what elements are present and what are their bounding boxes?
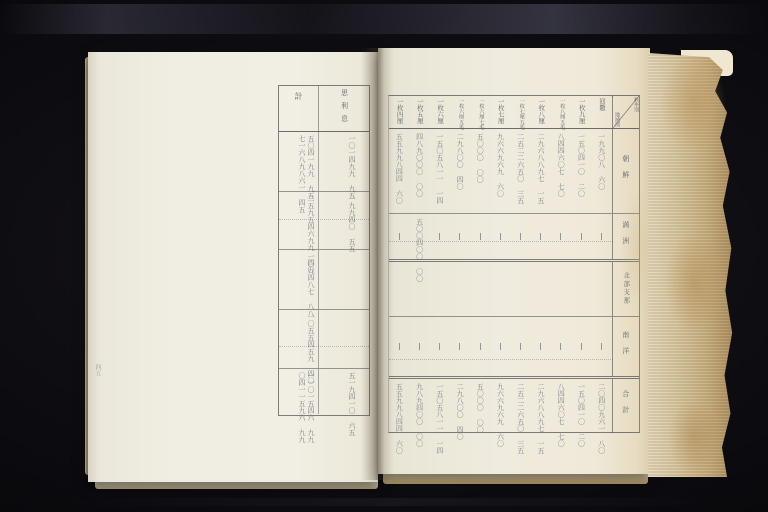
value-cell: 四八九〇〇〇 〇〇 bbox=[409, 129, 429, 213]
number-string: 一五〇五八一一 一四 bbox=[435, 383, 444, 454]
value-cell bbox=[429, 214, 449, 259]
value-cell bbox=[470, 317, 490, 376]
nil-dash bbox=[560, 233, 561, 240]
rate-label: 囘數 bbox=[598, 98, 605, 128]
dotted-rule bbox=[279, 346, 369, 347]
total-cell: 二五九五四六九九 四〇 bbox=[279, 192, 319, 249]
nil-dash bbox=[520, 343, 521, 350]
value-cell: 五〇〇〇 〇〇 bbox=[470, 129, 490, 213]
nil-dash bbox=[520, 233, 521, 240]
right-table-body: 五五九九八四四 六〇四八九〇〇〇 〇〇一五〇五八一一 一四二九八〇〇 四〇五〇〇… bbox=[389, 129, 639, 433]
vertical-number: 一一〇一五四六 九九〇四一一五九六 九九 bbox=[297, 372, 315, 443]
rate-label: 一枚六厘五毛 bbox=[457, 98, 463, 128]
number-string: 〇四一一五九六 九九 bbox=[297, 372, 306, 443]
value-cell: 二九八〇〇 四〇 bbox=[450, 379, 470, 433]
value-cell: 五〇〇四〇〇 〇〇 bbox=[409, 214, 429, 259]
number-string: 八四四六〇七 七〇 bbox=[557, 133, 566, 197]
left-table-body: 五〇四一九九 九五七一六八九八六一 四五一〇一四九九 九五二五九五四六九九 四〇… bbox=[279, 132, 369, 415]
nil-dash bbox=[399, 343, 400, 350]
value-cell bbox=[510, 317, 530, 376]
value-cell bbox=[389, 214, 409, 259]
right-page-table: 一枚四厘一枚五厘一枚六厘一枚六厘五毛一枚六厘七毛一枚七厘一枚七厘五毛一枚八厘一枚… bbox=[388, 95, 640, 433]
rate-label: 一枚六厘七毛 bbox=[477, 98, 483, 128]
nil-dash bbox=[500, 343, 501, 350]
vertical-number: 一〇一四九九 九五 bbox=[347, 135, 356, 199]
number-string: 二九六八八九七 一五 bbox=[537, 383, 546, 454]
nil-dash bbox=[480, 233, 481, 240]
right-page-edge-stack bbox=[648, 53, 733, 477]
number-string: 四八九〇〇〇 〇〇 bbox=[415, 133, 424, 197]
vertical-number: 五〇〇〇 〇〇 bbox=[476, 383, 485, 433]
value-cell: 二九八〇〇 四〇 bbox=[450, 129, 470, 213]
value-cell bbox=[450, 317, 470, 376]
value-cell bbox=[510, 214, 530, 259]
number-string: 八四四六〇七 七〇 bbox=[557, 383, 566, 447]
left-table-header-interest: 思利息 bbox=[340, 89, 349, 131]
nil-dash bbox=[540, 233, 541, 240]
value-cell bbox=[389, 262, 409, 316]
value-cell bbox=[409, 262, 429, 316]
value-cell bbox=[571, 317, 591, 376]
rate-column-header: 一枚五厘 bbox=[409, 96, 429, 128]
left-page: 計 思利息 五〇四一九九 九五七一六八九八六一 四五一〇一四九九 九五二五九五四… bbox=[88, 52, 378, 482]
number-string: 五〇〇〇 〇〇 bbox=[476, 383, 485, 433]
value-cell: 八四四六〇七 七〇 bbox=[551, 129, 571, 213]
value-cell: 一五〇四一〇 二〇 bbox=[571, 129, 591, 213]
vertical-number: 一五〇四一〇 二〇 bbox=[577, 383, 586, 447]
rate-label: 一枚九厘 bbox=[578, 98, 585, 128]
number-string: 九六六九六九 六〇 bbox=[496, 383, 505, 447]
photo-of-open-ledger: 計 思利息 五〇四一九九 九五七一六八九八六一 四五一〇一四九九 九五二五九五四… bbox=[0, 0, 768, 512]
value-cell bbox=[490, 262, 510, 316]
right-table-header-row: 一枚四厘一枚五厘一枚六厘一枚六厘五毛一枚六厘七毛一枚七厘一枚七厘五毛一枚八厘一枚… bbox=[389, 96, 639, 129]
nil-dash bbox=[399, 233, 400, 240]
rate-column-header: 一枚六厘七毛 bbox=[470, 96, 490, 128]
value-cell: 九八九四〇〇 〇〇 bbox=[409, 379, 429, 433]
value-cell bbox=[510, 262, 530, 316]
nil-dash bbox=[581, 343, 582, 350]
vertical-number: 二九六八八九七 一五 bbox=[537, 133, 546, 204]
left-table-row: 一〇九四八七 八八 bbox=[279, 249, 369, 309]
rate-column-header: 一枚八厘五毛 bbox=[551, 96, 571, 128]
dotted-rule bbox=[389, 359, 613, 360]
left-table-header: 計 思利息 bbox=[279, 86, 369, 132]
right-table-row: 五五九九八四四 六〇九八九四〇〇 〇〇一五〇五八一一 一四二九八〇〇 四〇五〇〇… bbox=[389, 376, 639, 433]
region-label: 合計 bbox=[622, 390, 630, 422]
region-label-cell: 北部支那 bbox=[612, 262, 639, 316]
corner-label-rate: 料率別 bbox=[633, 97, 638, 112]
rate-column-header: 一枚七厘 bbox=[490, 96, 510, 128]
nil-dash bbox=[601, 343, 602, 350]
vertical-number: 一五〇四一〇 二〇 bbox=[577, 133, 586, 197]
rate-label: 一枚八厘五毛 bbox=[558, 98, 564, 128]
value-cell: 二五二二六五〇 三五 bbox=[510, 129, 530, 213]
value-cell bbox=[591, 317, 611, 376]
total-cell: 一一〇一五四六 九九〇四一一五九六 九九 bbox=[279, 369, 319, 414]
right-table-row: 南洋 bbox=[389, 316, 639, 376]
value-cell: 一五〇五八一一 一四 bbox=[429, 129, 449, 213]
value-cell bbox=[450, 214, 470, 259]
rate-label: 一枚七厘 bbox=[497, 98, 504, 128]
vertical-number: 二五二二六五〇 三五 bbox=[516, 133, 525, 204]
rate-column-header: 一枚七厘五毛 bbox=[510, 96, 530, 128]
total-cell: 五〇四一九九 九五七一六八九八六一 四五 bbox=[279, 132, 319, 191]
interest-cell bbox=[319, 250, 369, 309]
number-string: 二九八〇〇 四〇 bbox=[456, 383, 465, 440]
region-label: 満洲 bbox=[622, 221, 630, 253]
value-cell: 一五〇五八一一 一四 bbox=[429, 379, 449, 433]
region-label: 北部支那 bbox=[622, 272, 629, 305]
value-cell bbox=[531, 262, 551, 316]
nil-dash bbox=[601, 233, 602, 240]
nil-dash bbox=[560, 343, 561, 350]
value-cell bbox=[450, 262, 470, 316]
rate-label: 一枚八厘 bbox=[537, 98, 544, 128]
vertical-number: 二〇四〇九六一 八〇 bbox=[597, 383, 606, 454]
number-string: 五五九九八四四 六〇 bbox=[395, 383, 404, 454]
right-table-row: 北部支那 bbox=[389, 259, 639, 316]
left-table-row: 二五九五四六九九 四〇一九九四〇 五五 bbox=[279, 191, 369, 249]
vertical-number: 九六六九六九 六〇 bbox=[496, 383, 505, 447]
value-cell bbox=[490, 214, 510, 259]
value-cell bbox=[531, 317, 551, 376]
page-number: 四五 bbox=[93, 364, 102, 376]
right-page: 一枚四厘一枚五厘一枚六厘一枚六厘五毛一枚六厘七毛一枚七厘一枚七厘五毛一枚八厘一枚… bbox=[378, 48, 650, 474]
vertical-number: 五五九九八四四 六〇 bbox=[395, 133, 404, 204]
region-label-cell: 合計 bbox=[612, 379, 639, 433]
value-cell bbox=[490, 317, 510, 376]
rate-column-header: 囘數 bbox=[591, 96, 611, 128]
vertical-number: 九八九四〇〇 〇〇 bbox=[415, 383, 424, 447]
rate-label: 一枚六厘 bbox=[436, 98, 443, 128]
left-table-header-interest-cell: 思利息 bbox=[319, 86, 369, 131]
number-string: 一一〇一五四六 九九 bbox=[306, 372, 315, 443]
vertical-number: 五一九四一〇 六五 bbox=[347, 372, 356, 436]
vertical-number: 一九九〇八 六〇 bbox=[597, 133, 606, 190]
value-cell bbox=[591, 262, 611, 316]
vertical-number: 五五九九八四四 六〇 bbox=[395, 383, 404, 454]
vertical-number: 八四四六〇七 七〇 bbox=[557, 133, 566, 197]
nil-dash bbox=[540, 343, 541, 350]
vertical-number: 二九六八八九七 一五 bbox=[537, 383, 546, 454]
dotted-rule bbox=[389, 241, 613, 242]
nil-dash bbox=[459, 343, 460, 350]
total-cell: 一〇五五四五九 四〇 bbox=[279, 310, 319, 368]
nil-dash bbox=[439, 233, 440, 240]
rate-column-header: 一枚四厘 bbox=[389, 96, 409, 128]
total-cell: 一〇九四八七 八八 bbox=[279, 250, 319, 309]
nil-dash bbox=[480, 343, 481, 350]
region-label: 朝鮮 bbox=[622, 155, 630, 187]
number-string: 二五二二六五〇 三五 bbox=[516, 383, 525, 454]
number-string: 一九九四〇 五五 bbox=[347, 195, 356, 252]
number-string: 二九六八八九七 一五 bbox=[537, 133, 546, 204]
vertical-number: 八四四六〇七 七〇 bbox=[557, 383, 566, 447]
number-string: 五五九九八四四 六〇 bbox=[395, 133, 404, 204]
number-string: 二五二二六五〇 三五 bbox=[516, 133, 525, 204]
interest-cell bbox=[319, 310, 369, 368]
open-book: 計 思利息 五〇四一九九 九五七一六八九八六一 四五一〇一四九九 九五二五九五四… bbox=[85, 45, 733, 487]
number-string: 一九九〇八 六〇 bbox=[597, 133, 606, 190]
value-cell: 二五二二六五〇 三五 bbox=[510, 379, 530, 433]
number-string: 一〇九四八七 八八 bbox=[306, 253, 315, 317]
value-cell: 八四四六〇七 七〇 bbox=[551, 379, 571, 433]
diagonal-corner-cell: 料率別地域別 bbox=[612, 96, 639, 128]
vertical-number: 一九九四〇 五五 bbox=[347, 195, 356, 252]
value-cell: 一五〇四一〇 二〇 bbox=[571, 379, 591, 433]
rate-column-header: 一枚八厘 bbox=[531, 96, 551, 128]
interest-cell: 五一九四一〇 六五 bbox=[319, 369, 369, 414]
left-bottom-page-edges bbox=[95, 481, 378, 489]
right-bottom-page-edges bbox=[383, 473, 648, 484]
value-cell bbox=[571, 214, 591, 259]
value-cell bbox=[389, 317, 409, 376]
dotted-rule bbox=[279, 219, 369, 220]
value-cell: 二九六八八九七 一五 bbox=[531, 129, 551, 213]
value-cell: 五五九九八四四 六〇 bbox=[389, 129, 409, 213]
vertical-number: 二五二二六五〇 三五 bbox=[516, 383, 525, 454]
vertical-number: 四八九〇〇〇 〇〇 bbox=[415, 133, 424, 197]
rate-label: 一枚五厘 bbox=[416, 98, 423, 128]
value-cell bbox=[429, 317, 449, 376]
nil-dash bbox=[459, 233, 460, 240]
value-cell bbox=[531, 214, 551, 259]
value-cell bbox=[551, 214, 571, 259]
table-reflection bbox=[60, 498, 710, 506]
left-table-row: 五〇四一九九 九五七一六八九八六一 四五一〇一四九九 九五 bbox=[279, 132, 369, 191]
nil-dash bbox=[439, 343, 440, 350]
vertical-number: 一五〇五八一一 一四 bbox=[435, 383, 444, 454]
nil-dash bbox=[419, 343, 420, 350]
nil-dash bbox=[500, 233, 501, 240]
number-string: 二九八〇〇 四〇 bbox=[456, 133, 465, 190]
value-cell: 五〇〇〇 〇〇 bbox=[470, 379, 490, 433]
number-string: 二〇四〇九六一 八〇 bbox=[597, 383, 606, 454]
vertical-number: 二九八〇〇 四〇 bbox=[456, 133, 465, 190]
value-cell bbox=[551, 317, 571, 376]
vertical-number: 九六六九六九 六〇 bbox=[496, 133, 505, 197]
left-table-header-total: 計 bbox=[279, 86, 319, 131]
region-label-cell: 朝鮮 bbox=[612, 129, 639, 213]
value-cell: 五五九九八四四 六〇 bbox=[389, 379, 409, 433]
number-string: 一五〇五八一一 一四 bbox=[435, 133, 444, 204]
number-string: 一〇一四九九 九五 bbox=[347, 135, 356, 199]
left-page-table: 計 思利息 五〇四一九九 九五七一六八九八六一 四五一〇一四九九 九五二五九五四… bbox=[278, 85, 370, 416]
right-table-row: 五五九九八四四 六〇四八九〇〇〇 〇〇一五〇五八一一 一四二九八〇〇 四〇五〇〇… bbox=[389, 129, 639, 213]
value-cell bbox=[591, 214, 611, 259]
rate-column-header: 一枚六厘 bbox=[429, 96, 449, 128]
vertical-number: 一〇九四八七 八八 bbox=[306, 253, 315, 317]
left-table-row: 一一〇一五四六 九九〇四一一五九六 九九五一九四一〇 六五 bbox=[279, 368, 369, 414]
number-string: 五〇〇〇 〇〇 bbox=[476, 133, 485, 183]
value-cell bbox=[409, 317, 429, 376]
value-cell: 九六六九六九 六〇 bbox=[490, 129, 510, 213]
region-label: 南洋 bbox=[622, 331, 630, 363]
value-cell: 二九六八八九七 一五 bbox=[531, 379, 551, 433]
value-cell: 九六六九六九 六〇 bbox=[490, 379, 510, 433]
interest-cell: 一〇一四九九 九五 bbox=[319, 132, 369, 191]
nil-dash bbox=[581, 233, 582, 240]
value-cell bbox=[429, 262, 449, 316]
rate-column-header: 一枚九厘 bbox=[571, 96, 591, 128]
rate-column-header: 一枚六厘五毛 bbox=[450, 96, 470, 128]
number-string: 九六六九六九 六〇 bbox=[496, 133, 505, 197]
value-cell bbox=[551, 262, 571, 316]
value-cell: 一九九〇八 六〇 bbox=[591, 129, 611, 213]
corner-label-region: 地域別 bbox=[614, 112, 619, 127]
vertical-number: 五〇〇〇 〇〇 bbox=[476, 133, 485, 183]
region-label-cell: 満洲 bbox=[612, 214, 639, 259]
value-cell bbox=[470, 262, 490, 316]
value-cell: 二〇四〇九六一 八〇 bbox=[591, 379, 611, 433]
right-table-row: 五〇〇四〇〇 〇〇満洲 bbox=[389, 213, 639, 259]
vertical-number: 二九八〇〇 四〇 bbox=[456, 383, 465, 440]
left-table-row: 一〇五五四五九 四〇 bbox=[279, 309, 369, 368]
number-string: 一五〇四一〇 二〇 bbox=[577, 383, 586, 447]
rate-label: 一枚四厘 bbox=[396, 98, 403, 128]
value-cell bbox=[470, 214, 490, 259]
vertical-number: 一五〇五八一一 一四 bbox=[435, 133, 444, 204]
number-string: 五一九四一〇 六五 bbox=[347, 372, 356, 436]
number-string: 一五〇四一〇 二〇 bbox=[577, 133, 586, 197]
frame-reflection bbox=[0, 4, 768, 34]
number-string: 九八九四〇〇 〇〇 bbox=[415, 383, 424, 447]
value-cell bbox=[571, 262, 591, 316]
interest-cell: 一九九四〇 五五 bbox=[319, 192, 369, 249]
region-label-cell: 南洋 bbox=[612, 317, 639, 376]
rate-label: 一枚七厘五毛 bbox=[518, 98, 524, 128]
